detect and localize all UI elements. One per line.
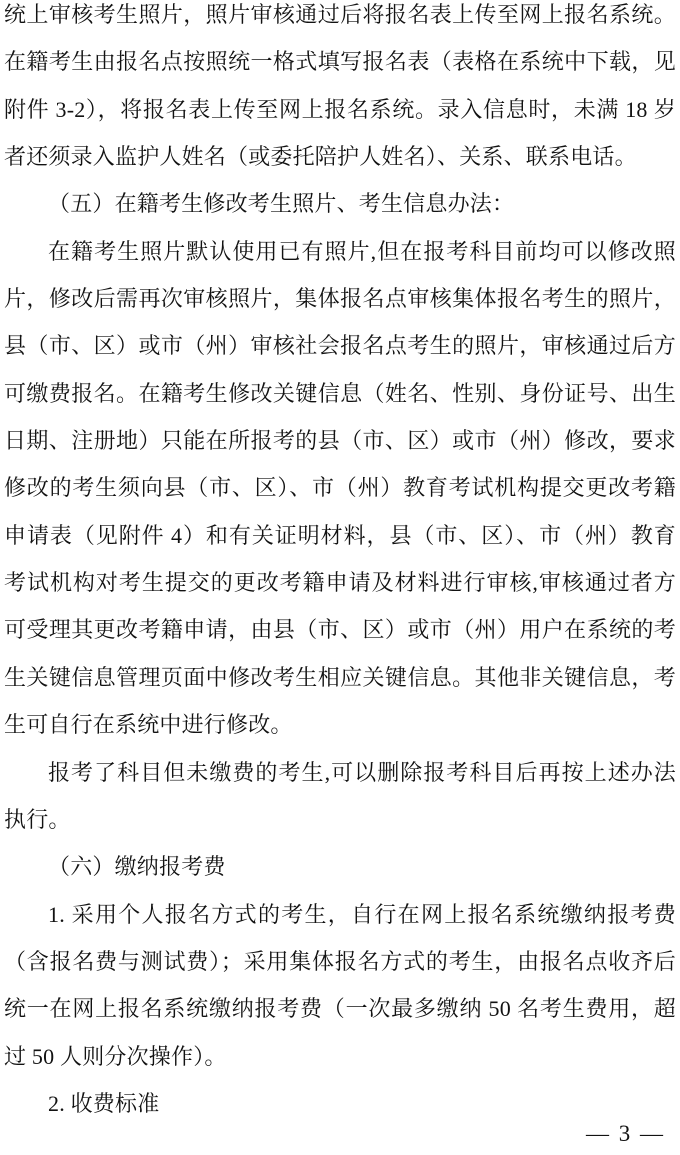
document-line: （含报名费与测试费）；采用集体报名方式的考生，由报名点收齐后 (4, 938, 676, 985)
document-line: 在籍考生由报名点按照统一格式填写报名表（表格在系统中下载，见 (4, 38, 676, 85)
document-page: 统上审核考生照片，照片审核通过后将报名表上传至网上报名系统。在籍考生由报名点按照… (0, 0, 680, 1155)
page-number: — 3 — (586, 1120, 665, 1148)
document-line: 2. 收费标准 (4, 1080, 676, 1127)
para-heading-section-5: （五）在籍考生修改考生照片、考生信息办法： (4, 180, 676, 227)
document-body: 统上审核考生照片，照片审核通过后将报名表上传至网上报名系统。在籍考生由报名点按照… (0, 0, 680, 1127)
document-line: 申请表（见附件 4）和有关证明材料，县（市、区）、市（州）教育 (4, 512, 676, 559)
para-unpaid-delete-subjects: 报考了科目但未缴费的考生,可以删除报考科目后再按上述办法执行。 (4, 749, 676, 844)
document-line: 附件 3-2），将报名表上传至网上报名系统。录入信息时，未满 18 岁 (4, 86, 676, 133)
para-continuation-photo-audit: 统上审核考生照片，照片审核通过后将报名表上传至网上报名系统。在籍考生由报名点按照… (4, 0, 676, 180)
document-line: 修改的考生须向县（市、区）、市（州）教育考试机构提交更改考籍 (4, 464, 676, 511)
document-line: 生关键信息管理页面中修改考生相应关键信息。其他非关键信息，考 (4, 654, 676, 701)
document-line: 片，修改后需再次审核照片，集体报名点审核集体报名考生的照片， (4, 275, 676, 322)
para-modify-photo-info: 在籍考生照片默认使用已有照片,但在报考科目前均可以修改照片，修改后需再次审核照片… (4, 228, 676, 749)
document-line: 可缴费报名。在籍考生修改关键信息（姓名、性别、身份证号、出生 (4, 370, 676, 417)
document-line: 执行。 (4, 796, 676, 843)
document-line: 统一在网上报名系统缴纳报考费（一次最多缴纳 50 名考生费用，超 (4, 985, 676, 1032)
para-heading-section-6: （六）缴纳报考费 (4, 843, 676, 890)
document-line: （六）缴纳报考费 (4, 843, 676, 890)
document-line: 者还须录入监护人姓名（或委托陪护人姓名）、关系、联系电话。 (4, 133, 676, 180)
document-line: 可受理其更改考籍申请，由县（市、区）或市（州）用户在系统的考 (4, 606, 676, 653)
document-line: 考试机构对考生提交的更改考籍申请及材料进行审核,审核通过者方 (4, 559, 676, 606)
document-line: 生可自行在系统中进行修改。 (4, 701, 676, 748)
para-fee-standard: 2. 收费标准 (4, 1080, 676, 1127)
document-line: 在籍考生照片默认使用已有照片,但在报考科目前均可以修改照 (4, 228, 676, 275)
document-line: 1. 采用个人报名方式的考生，自行在网上报名系统缴纳报考费 (4, 891, 676, 938)
document-line: 过 50 人则分次操作）。 (4, 1033, 676, 1080)
para-payment-method: 1. 采用个人报名方式的考生，自行在网上报名系统缴纳报考费（含报名费与测试费）；… (4, 891, 676, 1080)
document-line: 县（市、区）或市（州）审核社会报名点考生的照片，审核通过后方 (4, 322, 676, 369)
document-line: 报考了科目但未缴费的考生,可以删除报考科目后再按上述办法 (4, 749, 676, 796)
document-line: 日期、注册地）只能在所报考的县（市、区）或市（州）修改，要求 (4, 417, 676, 464)
document-line: 统上审核考生照片，照片审核通过后将报名表上传至网上报名系统。 (4, 0, 676, 38)
document-line: （五）在籍考生修改考生照片、考生信息办法： (4, 180, 676, 227)
